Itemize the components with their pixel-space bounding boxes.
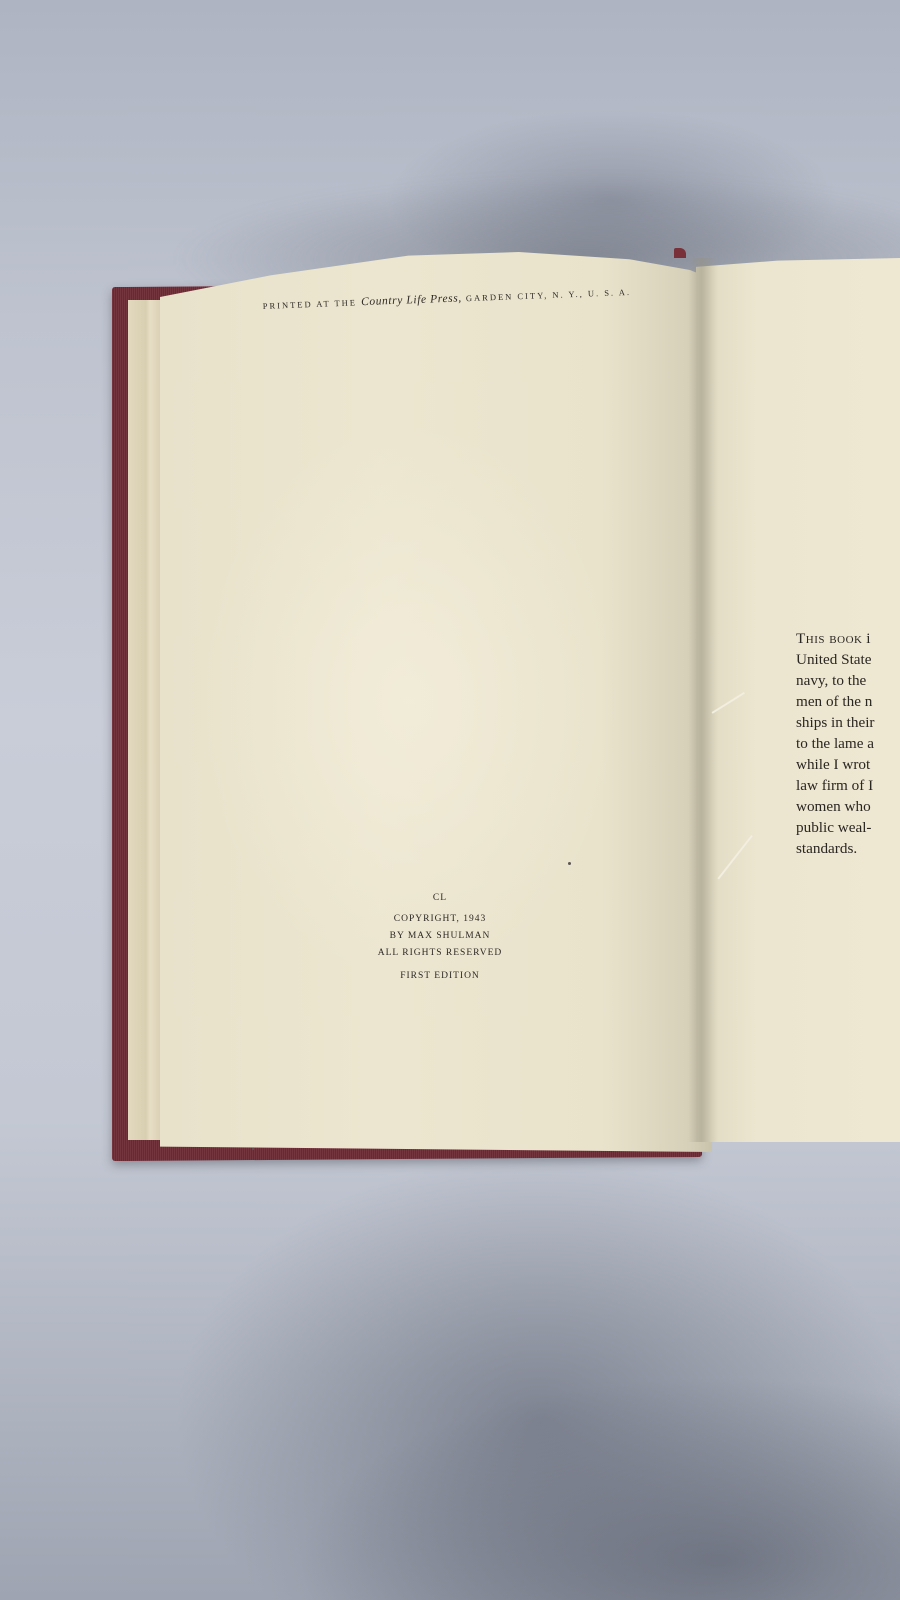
edition-label: FIRST EDITION [340, 968, 540, 985]
dedication-line: law firm of I [796, 775, 900, 796]
dedication-line: navy, to the [796, 670, 900, 691]
paper-speck [252, 1148, 254, 1150]
dedication-line: men of the n [796, 691, 900, 712]
dedication-line: while I wrot [796, 754, 900, 775]
publisher-code: CL [340, 890, 540, 907]
dedication-line: to the lame a [796, 733, 900, 754]
dedication-line: standards. [796, 838, 900, 859]
dedication-line: United State [796, 649, 900, 670]
dedication-line: ships in their [796, 712, 900, 733]
open-book: PRINTED AT THE Country Life Press, GARDE… [0, 0, 900, 1600]
copyright-notice: CL COPYRIGHT, 1943 BY MAX SHULMAN ALL RI… [340, 890, 540, 985]
paper-speck [568, 862, 571, 865]
copyright-author: BY MAX SHULMAN [340, 928, 540, 945]
copyright-page [160, 252, 712, 1152]
rights-reserved: ALL RIGHTS RESERVED [340, 945, 540, 962]
copyright-year: COPYRIGHT, 1943 [340, 911, 540, 928]
dedication-text: This book i United State navy, to the me… [796, 628, 900, 859]
frayed-spine-corner [674, 248, 686, 258]
gutter-shadow [688, 258, 718, 1142]
dedication-line: women who [796, 796, 900, 817]
dedication-line: This book i [796, 628, 900, 649]
dedication-line: public weal- [796, 817, 900, 838]
